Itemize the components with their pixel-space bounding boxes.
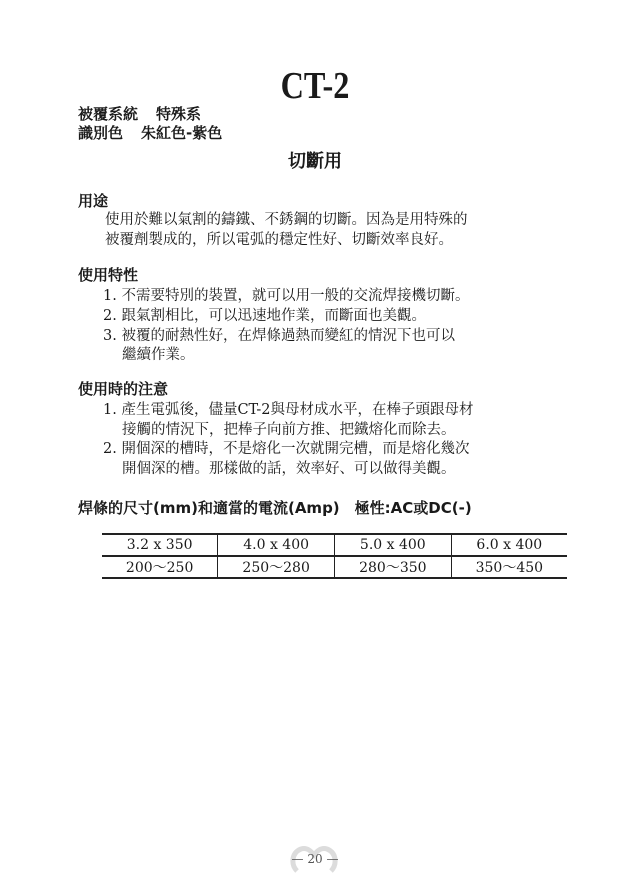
- usage-line: 使用於難以氣割的鑄鐵、不銹鋼的切斷。因為是用特殊的: [105, 208, 468, 229]
- features-item: 2. 跟氣割相比，可以迅速地作業，而斷面也美觀。: [103, 304, 426, 325]
- precautions-item-continued: 接觸的情況下，把棒子向前方推、把鐵熔化而除去。: [122, 418, 456, 439]
- page-number: — 20 —: [0, 852, 630, 866]
- current-cell: 250～280: [218, 556, 335, 578]
- size-cell: 4.0 x 400: [218, 534, 335, 556]
- table-row-sizes: 3.2 x 350 4.0 x 400 5.0 x 400 6.0 x 400: [102, 534, 567, 556]
- current-cell: 280～350: [334, 556, 451, 578]
- precautions-item: 2. 開個深的槽時，不是熔化一次就開完槽，而是熔化幾次: [103, 437, 469, 458]
- size-cell: 5.0 x 400: [334, 534, 451, 556]
- usage-line: 被覆劑製成的，所以電弧的穩定性好、切斷效率良好。: [105, 228, 453, 249]
- page-footer: — 20 —: [0, 845, 630, 875]
- precautions-item-continued: 開個深的槽。那樣做的話，效率好、可以做得美觀。: [122, 457, 456, 478]
- features-item-continued: 繼續作業。: [122, 343, 195, 364]
- features-item: 1. 不需要特別的裝置，就可以用一般的交流焊接機切斷。: [103, 284, 469, 305]
- section-heading-precautions: 使用時的注意: [78, 378, 168, 399]
- section-heading-features: 使用特性: [78, 264, 138, 285]
- section-heading-usage: 用途: [78, 190, 108, 211]
- current-cell: 200～250: [102, 556, 218, 578]
- identification-color-value: 朱紅色-紫色: [141, 124, 222, 142]
- coating-system-value: 特殊系: [156, 105, 201, 123]
- coating-system-label: 被覆系統: [78, 105, 138, 123]
- page-title: CT-2: [47, 64, 583, 108]
- current-cell: 350～450: [451, 556, 567, 578]
- subtitle: 切斷用: [0, 147, 630, 173]
- electrode-spec-table: 3.2 x 350 4.0 x 400 5.0 x 400 6.0 x 400 …: [102, 533, 567, 579]
- table-row-currents: 200～250 250～280 280～350 350～450: [102, 556, 567, 578]
- identification-color-label: 識別色: [78, 124, 123, 142]
- coating-system: 被覆系統特殊系: [78, 103, 201, 124]
- table-heading: 焊條的尺寸(mm)和適當的電流(Amp) 極性:AC或DC(-): [78, 497, 472, 518]
- precautions-item: 1. 產生電弧後，儘量CT-2與母材成水平，在棒子頭跟母材: [103, 398, 473, 419]
- size-cell: 3.2 x 350: [102, 534, 218, 556]
- size-cell: 6.0 x 400: [451, 534, 567, 556]
- identification-color: 識別色朱紅色-紫色: [78, 122, 222, 143]
- features-item: 3. 被覆的耐熱性好，在焊條過熱而變紅的情況下也可以: [103, 324, 455, 345]
